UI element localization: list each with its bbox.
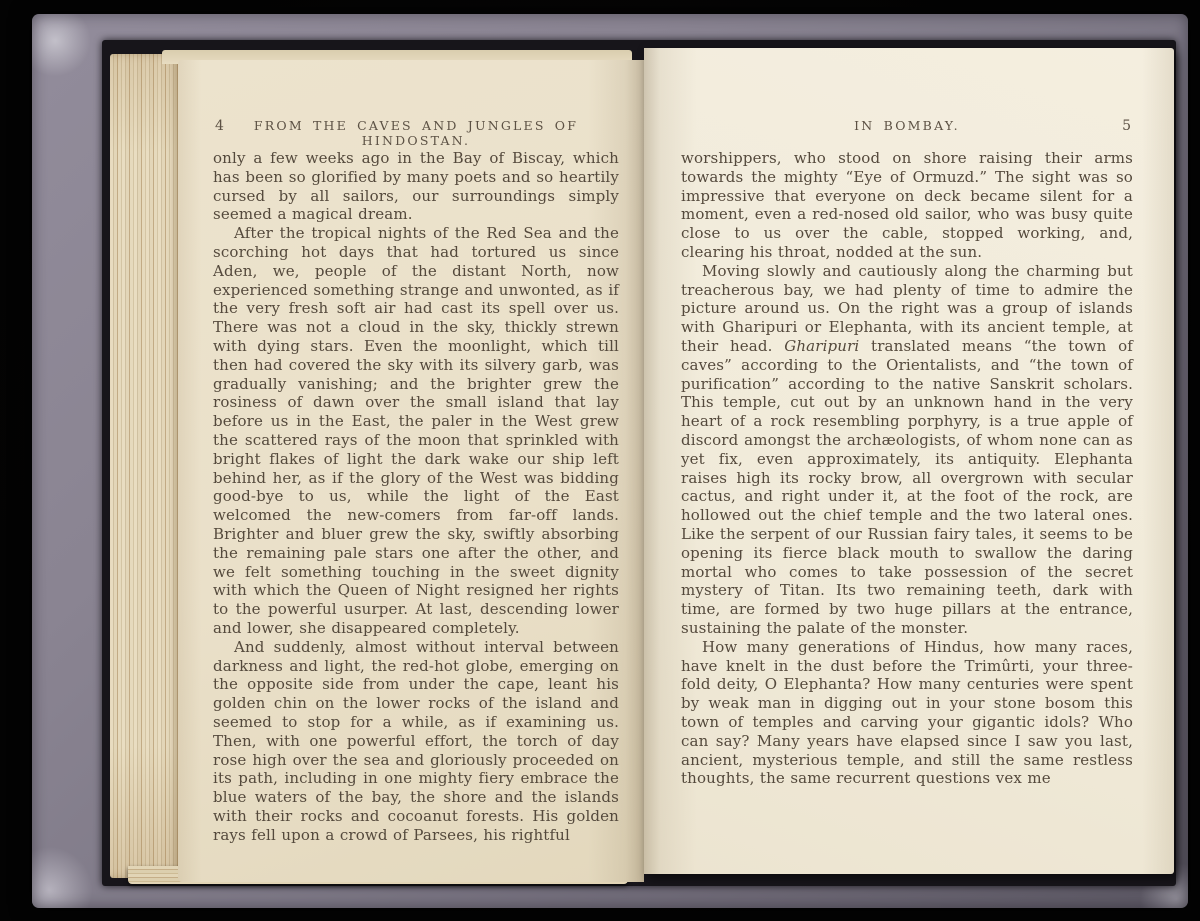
paragraph: Moving slowly and cautiously along the c… (681, 262, 1133, 638)
right-page: IN BOMBAY. 5 worshippers, who stood on s… (644, 48, 1174, 874)
text-segment: only a few weeks ago in the Bay of Bisca… (213, 149, 619, 223)
text-segment: translated means “the town of caves” acc… (681, 337, 1133, 637)
paragraph: And suddenly, almost without interval be… (213, 638, 619, 845)
left-header-title: FROM THE CAVES AND JUNGLES OF HINDOSTAN. (254, 118, 578, 148)
left-running-header: 4 FROM THE CAVES AND JUNGLES OF HINDOSTA… (213, 118, 619, 136)
text-segment: How many generations of Hindus, how many… (681, 638, 1133, 788)
right-page-number: 5 (1122, 118, 1131, 134)
paragraph: How many generations of Hindus, how many… (681, 638, 1133, 788)
left-body-text: only a few weeks ago in the Bay of Bisca… (213, 149, 619, 844)
photo-backdrop: 4 FROM THE CAVES AND JUNGLES OF HINDOSTA… (0, 0, 1200, 921)
left-page-number: 4 (215, 118, 224, 134)
right-header-title: IN BOMBAY. (854, 118, 960, 133)
paragraph: After the tropical nights of the Red Sea… (213, 224, 619, 638)
italic-text: Gharipuri (784, 337, 859, 355)
text-segment: worshippers, who stood on shore raising … (681, 149, 1133, 261)
left-page: 4 FROM THE CAVES AND JUNGLES OF HINDOSTA… (178, 60, 644, 882)
text-segment: And suddenly, almost without interval be… (213, 638, 619, 844)
book-cover: 4 FROM THE CAVES AND JUNGLES OF HINDOSTA… (32, 14, 1188, 908)
right-body-text: worshippers, who stood on shore raising … (681, 149, 1133, 788)
page-fore-edge-stack (110, 54, 180, 878)
text-segment: After the tropical nights of the Red Sea… (213, 224, 619, 637)
right-page-content: IN BOMBAY. 5 worshippers, who stood on s… (681, 118, 1133, 788)
paragraph: worshippers, who stood on shore raising … (681, 149, 1133, 262)
right-running-header: IN BOMBAY. 5 (681, 118, 1133, 136)
left-page-content: 4 FROM THE CAVES AND JUNGLES OF HINDOSTA… (213, 118, 619, 844)
paragraph: only a few weeks ago in the Bay of Bisca… (213, 149, 619, 224)
